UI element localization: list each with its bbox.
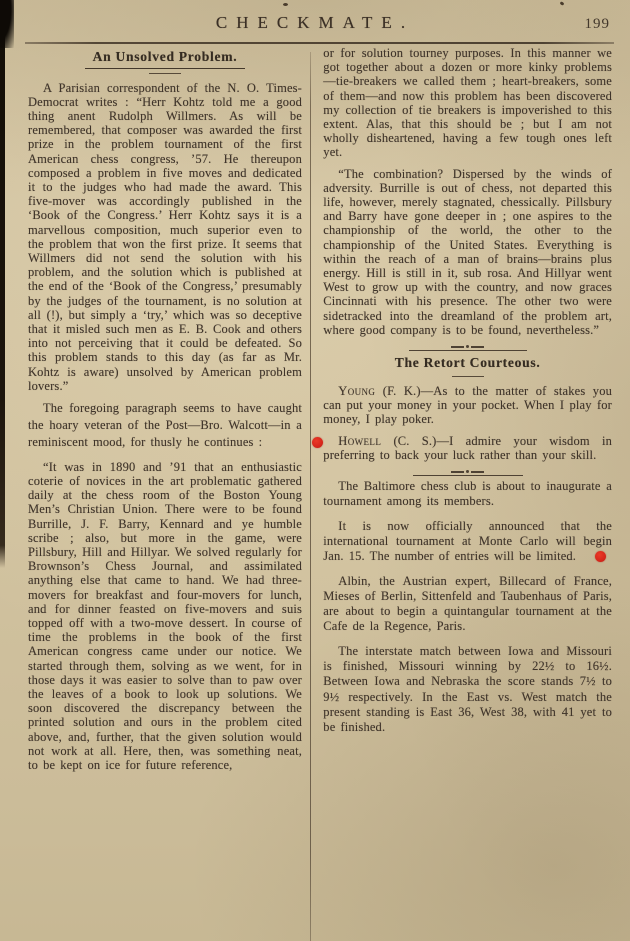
paragraph: or for solution tourney purposes. In thi… (323, 46, 612, 160)
ornament-rule (413, 469, 523, 476)
paragraph: “The combination? Dispersed by the winds… (323, 167, 612, 337)
retort-entry: Young (F. K.)—As to the matter of stakes… (323, 384, 612, 427)
ornament-dash (471, 471, 484, 473)
ornament-dash (451, 346, 464, 348)
ink-speck (283, 3, 288, 6)
news-item: Albin, the Austrian expert, Billecard of… (323, 574, 612, 635)
red-marker-dot (312, 437, 323, 448)
ink-speck (560, 1, 565, 6)
retort-entry: Howell (C. S.)—I admire your wisdom in p… (323, 434, 612, 462)
paragraph: A Parisian correspondent of the N. O. Ti… (28, 81, 302, 393)
left-column: An Unsolved Problem. A Parisian correspo… (28, 46, 302, 941)
masthead: CHECKMATE. 199 (0, 13, 630, 39)
news-item: It is now officially announced that the … (323, 519, 612, 565)
article-heading: An Unsolved Problem. (85, 49, 246, 69)
heading-dash (149, 73, 181, 74)
section-heading: The Retort Courteous. (387, 355, 549, 371)
ornament-dot (466, 470, 469, 473)
scanned-page: CHECKMATE. 199 An Unsolved Problem. A Pa… (0, 0, 630, 941)
right-column: or for solution tourney purposes. In thi… (323, 46, 612, 941)
ornament-dash (451, 471, 464, 473)
ornament-line (413, 475, 523, 476)
publication-title: CHECKMATE. (0, 13, 630, 33)
section-heading-wrap: The Retort Courteous. (323, 354, 612, 372)
masthead-rule (25, 42, 614, 44)
page-columns: An Unsolved Problem. A Parisian correspo… (28, 46, 612, 941)
article-heading-wrap: An Unsolved Problem. (28, 48, 302, 69)
speaker-name: Young (338, 384, 375, 398)
red-marker-dot (595, 551, 606, 562)
ornament-rule (409, 344, 527, 351)
page-number: 199 (585, 16, 611, 33)
news-item: The interstate match between Iowa and Mi… (323, 644, 612, 736)
ornament-line (409, 350, 527, 351)
speaker-name: Howell (338, 434, 381, 448)
paragraph: “It was in 1890 and ’91 that an enthusia… (28, 460, 302, 772)
column-rule (310, 52, 311, 941)
paragraph: The foregoing paragraph seems to have ca… (28, 400, 302, 451)
ornament-dash (471, 346, 484, 348)
news-item: The Baltimore chess club is about to ina… (323, 479, 612, 510)
scan-edge-shadow (0, 0, 5, 568)
heading-dash (452, 376, 484, 377)
ornament-dot (466, 345, 469, 348)
